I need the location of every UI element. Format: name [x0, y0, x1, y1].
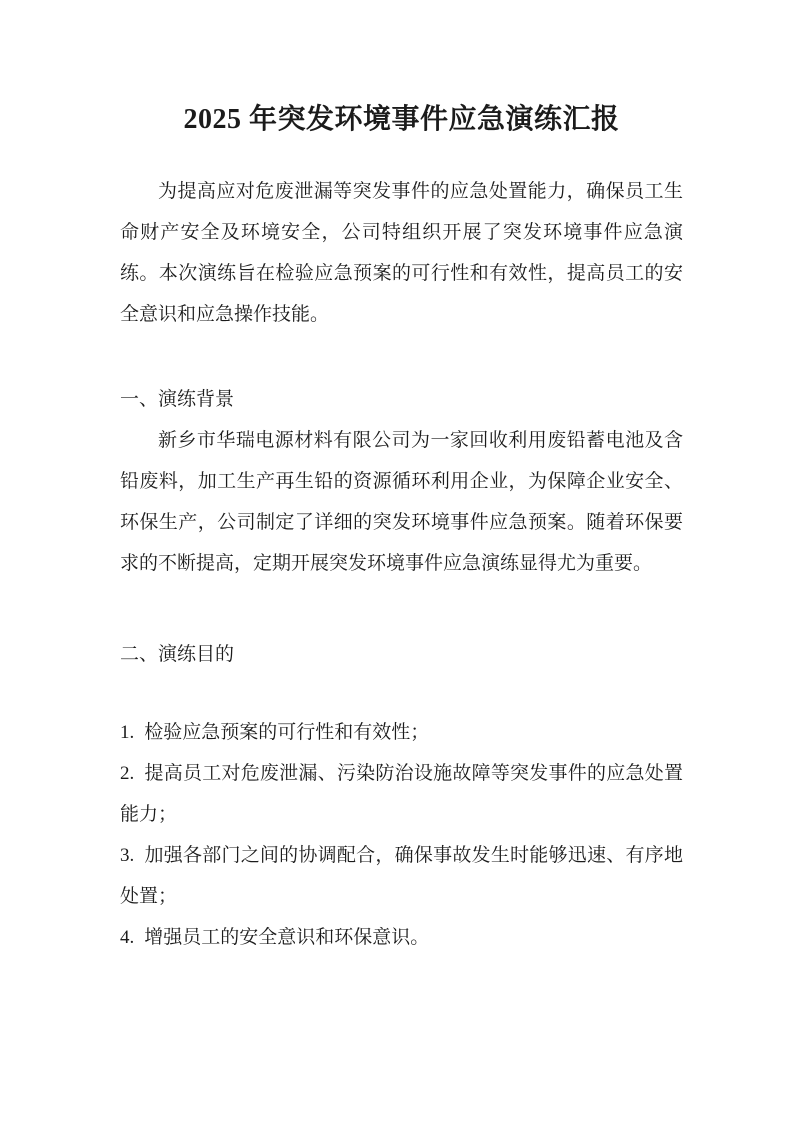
section-heading-purpose: 二、演练目的 — [120, 634, 683, 675]
list-item-number: 1. — [120, 712, 134, 753]
list-item-number: 4. — [120, 917, 134, 958]
list-item: 4.增强员工的安全意识和环保意识。 — [120, 917, 683, 958]
list-item-number: 2. — [120, 753, 134, 794]
list-item: 1.检验应急预案的可行性和有效性； — [120, 712, 683, 753]
list-item-text: 增强员工的安全意识和环保意识。 — [144, 927, 429, 948]
document-page: 2025 年突发环境事件应急演练汇报 为提高应对危废泄漏等突发事件的应急处置能力… — [0, 0, 800, 1131]
list-item-text: 提高员工对危废泄漏、污染防治设施故障等突发事件的应急处置能力； — [120, 763, 683, 825]
section-background-paragraph: 新乡市华瑞电源材料有限公司为一家回收利用废铅蓄电池及含铅废料，加工生产再生铅的资… — [120, 420, 683, 584]
list-item-number: 3. — [120, 835, 134, 876]
section-heading-background: 一、演练背景 — [120, 379, 683, 420]
list-item: 2.提高员工对危废泄漏、污染防治设施故障等突发事件的应急处置能力； — [120, 753, 683, 835]
list-item: 3.加强各部门之间的协调配合，确保事故发生时能够迅速、有序地处置； — [120, 835, 683, 917]
list-item-text: 加强各部门之间的协调配合，确保事故发生时能够迅速、有序地处置； — [120, 845, 683, 907]
intro-paragraph: 为提高应对危废泄漏等突发事件的应急处置能力，确保员工生命财产安全及环境安全，公司… — [120, 171, 683, 335]
document-content: 2025 年突发环境事件应急演练汇报 为提高应对危废泄漏等突发事件的应急处置能力… — [0, 0, 800, 958]
document-title: 2025 年突发环境事件应急演练汇报 — [120, 0, 683, 142]
list-item-text: 检验应急预案的可行性和有效性； — [144, 722, 429, 743]
purpose-list: 1.检验应急预案的可行性和有效性； 2.提高员工对危废泄漏、污染防治设施故障等突… — [120, 712, 683, 958]
